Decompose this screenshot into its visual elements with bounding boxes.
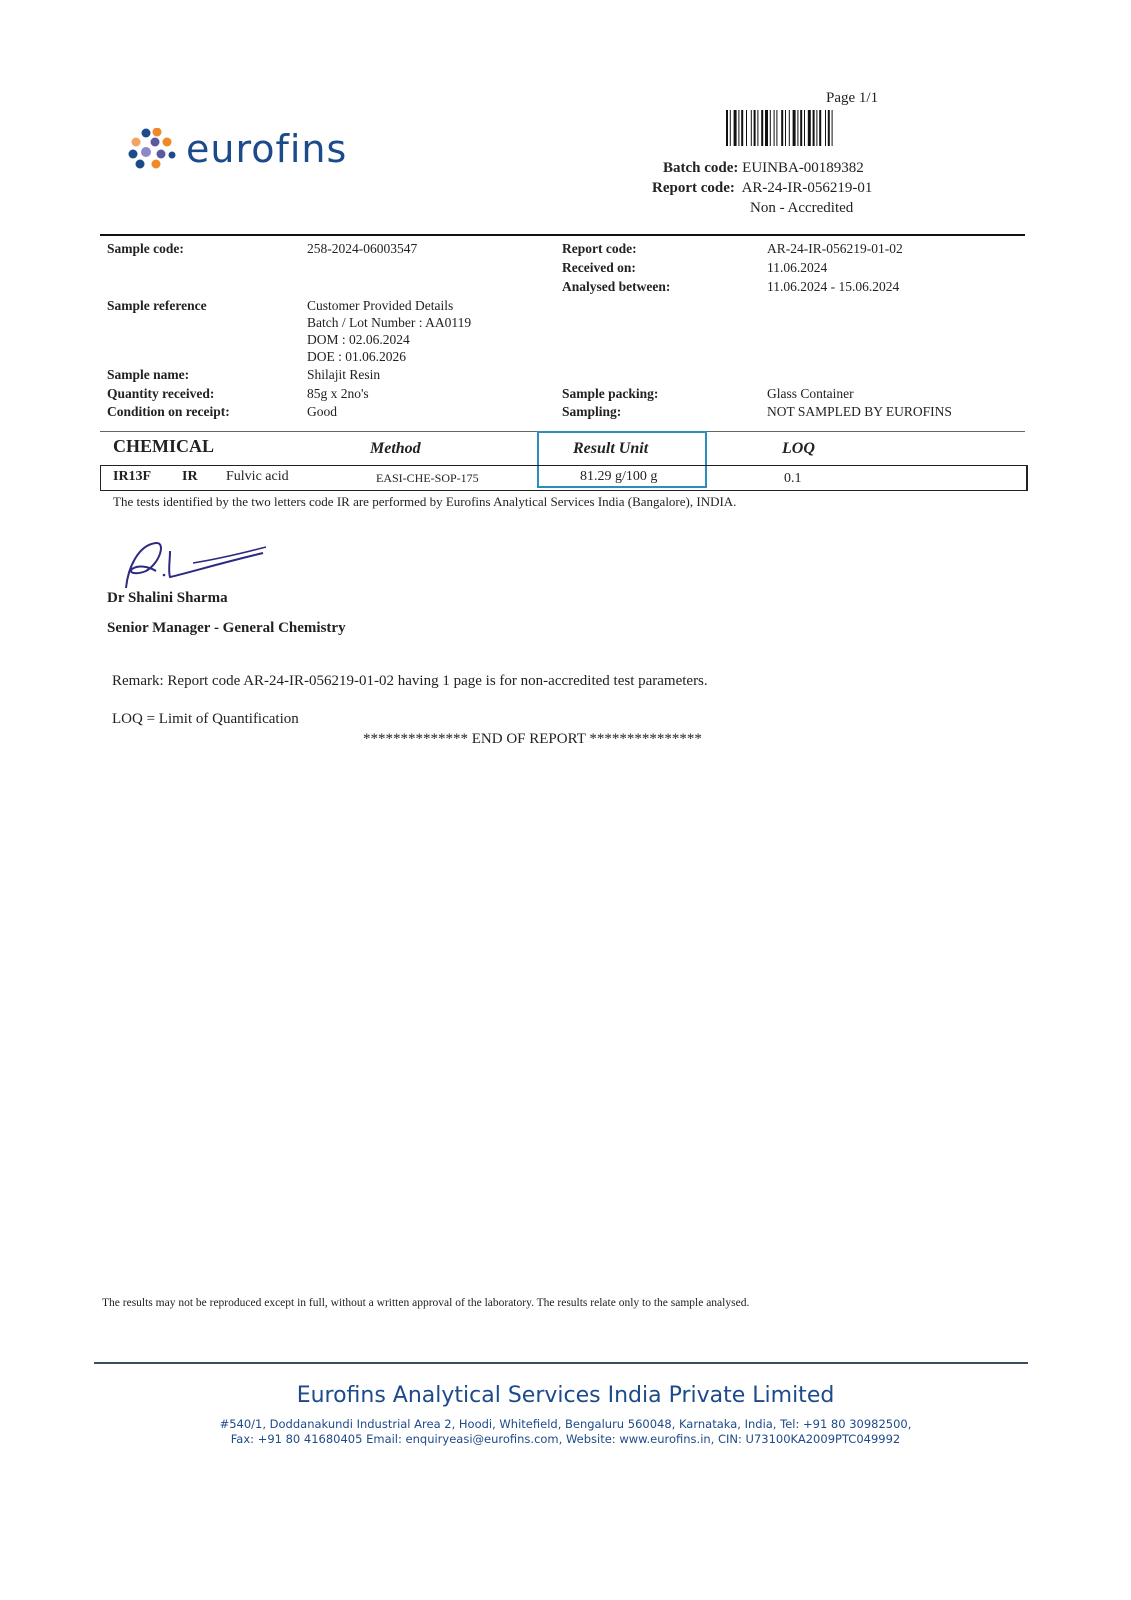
- analysed-between-label: Analysed between:: [562, 279, 670, 295]
- report-code-label: Report code:: [562, 241, 637, 257]
- sample-reference-line: Batch / Lot Number : AA0119: [307, 315, 471, 331]
- result-value: 81.29 g/100 g: [580, 469, 657, 485]
- report-code-value: AR-24-IR-056219-01-02: [767, 241, 903, 257]
- accreditation-status: Non - Accredited: [750, 200, 853, 217]
- eurofins-logo-icon: [128, 128, 176, 170]
- sample-packing-label: Sample packing:: [562, 386, 658, 402]
- page-number: Page 1/1: [826, 90, 878, 107]
- section-heading: CHEMICAL: [113, 436, 214, 457]
- quantity-received-value: 85g x 2no's: [307, 386, 369, 402]
- sample-reference-label: Sample reference: [107, 298, 207, 314]
- sample-reference-line: DOE : 01.06.2026: [307, 349, 406, 365]
- loq-value: 0.1: [784, 471, 802, 487]
- sample-reference-line: DOM : 02.06.2024: [307, 332, 410, 348]
- signatory-title: Senior Manager - General Chemistry: [107, 620, 346, 637]
- signature-icon: [118, 533, 278, 593]
- quantity-received-label: Quantity received:: [107, 386, 214, 402]
- batch-code: Batch code: EUINBA-00189382: [663, 160, 864, 177]
- eurofins-logo: eurofins: [128, 128, 347, 170]
- sample-code-value: 258-2024-06003547: [307, 241, 417, 257]
- condition-value: Good: [307, 404, 337, 420]
- company-name: Eurofins Analytical Services India Priva…: [0, 1383, 1131, 1408]
- sample-code-label: Sample code:: [107, 241, 184, 257]
- end-of-report: ************** END OF REPORT ***********…: [363, 731, 702, 748]
- parameter-name: Fulvic acid: [226, 469, 289, 485]
- lab-note: The tests identified by the two letters …: [113, 494, 736, 510]
- loq-definition: LOQ = Limit of Quantification: [112, 711, 299, 728]
- footer-divider: [94, 1362, 1028, 1364]
- method-code: EASI-CHE-SOP-175: [376, 471, 479, 486]
- column-header-loq: LOQ: [782, 440, 815, 458]
- sample-reference-line: Customer Provided Details: [307, 298, 453, 314]
- brand-name: eurofins: [186, 130, 347, 168]
- report-code: Report code: AR-24-IR-056219-01: [652, 180, 872, 197]
- sample-packing-value: Glass Container: [767, 386, 854, 402]
- condition-label: Condition on receipt:: [107, 404, 230, 420]
- test-code: IR13F: [113, 469, 151, 485]
- sample-name-value: Shilajit Resin: [307, 367, 380, 383]
- remark-text: Remark: Report code AR-24-IR-056219-01-0…: [112, 673, 708, 690]
- column-header-method: Method: [370, 440, 421, 458]
- company-address: #540/1, Doddanakundi Industrial Area 2, …: [0, 1417, 1131, 1431]
- analysed-between-value: 11.06.2024 - 15.06.2024: [767, 279, 899, 295]
- header-divider: [100, 234, 1025, 236]
- signatory-name: Dr Shalini Sharma: [107, 590, 228, 607]
- sampling-value: NOT SAMPLED BY EUROFINS: [767, 404, 952, 420]
- lab-code: IR: [182, 469, 198, 485]
- sampling-label: Sampling:: [562, 404, 621, 420]
- barcode-icon: [726, 110, 884, 146]
- received-on-label: Received on:: [562, 260, 636, 276]
- received-on-value: 11.06.2024: [767, 260, 827, 276]
- column-header-result: Result Unit: [573, 440, 648, 458]
- company-contact: Fax: +91 80 41680405 Email: enquiryeasi@…: [0, 1432, 1131, 1446]
- disclaimer: The results may not be reproduced except…: [102, 1297, 749, 1309]
- sample-name-label: Sample name:: [107, 367, 189, 383]
